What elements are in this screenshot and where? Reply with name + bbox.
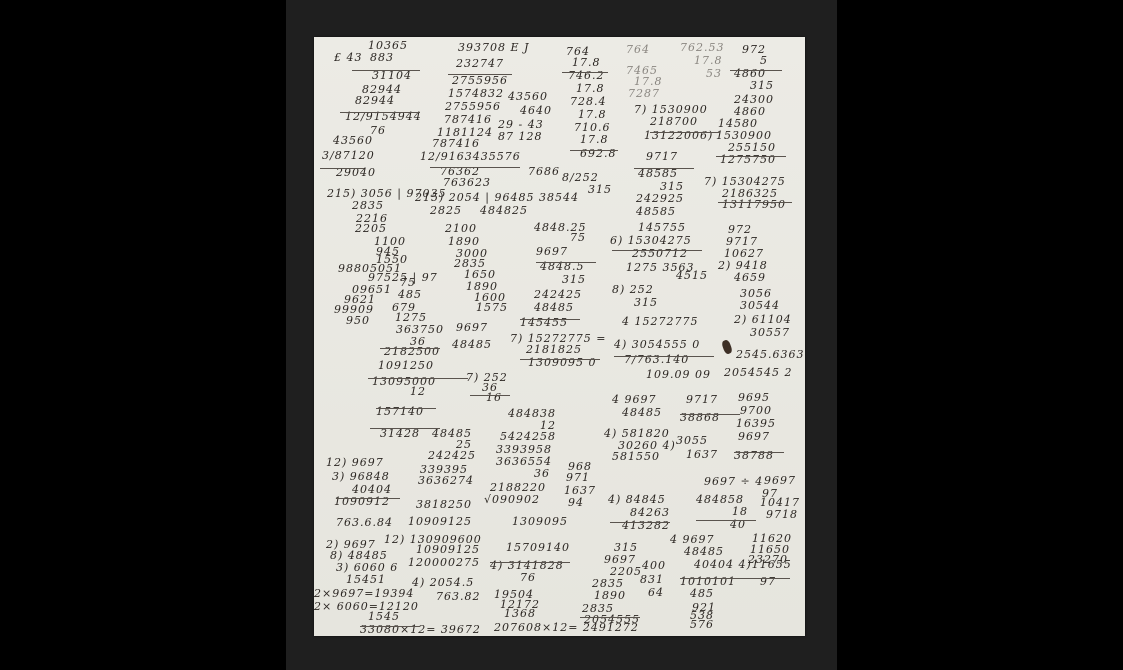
handwritten-figure: 393708 E J	[458, 42, 529, 53]
calc-rule	[680, 414, 740, 415]
calc-rule	[470, 395, 510, 396]
calc-rule	[430, 167, 520, 168]
calc-rule	[562, 72, 608, 73]
calc-rule	[520, 319, 580, 320]
handwritten-figure: 3055	[676, 435, 708, 446]
handwritten-figure: 315	[634, 297, 658, 308]
handwritten-figure: 3393958	[496, 444, 552, 455]
handwritten-figure: 6) 15304275	[610, 235, 692, 246]
handwritten-figure: 12	[410, 386, 426, 397]
handwritten-figure: 1637	[686, 449, 718, 460]
handwritten-figure: 9718	[766, 509, 798, 520]
handwritten-figure: 43560	[333, 135, 373, 146]
handwritten-figure: 2205	[610, 566, 642, 577]
handwritten-figure: 2181825	[526, 344, 582, 355]
handwritten-figure: 576	[690, 619, 714, 630]
handwritten-figure: 8/252	[562, 172, 599, 183]
handwritten-figure: 48585	[638, 168, 678, 179]
handwritten-figure: 75	[400, 277, 416, 288]
handwritten-figure: 4) 581820	[604, 428, 670, 439]
handwritten-figure: 3/87120	[322, 150, 375, 161]
handwritten-figure: 1890	[448, 236, 480, 247]
handwritten-figure: 315	[660, 181, 684, 192]
handwritten-figure: 7287	[628, 88, 660, 99]
handwritten-figure: 48485	[534, 302, 574, 313]
handwritten-figure: 48485	[622, 407, 662, 418]
calc-rule	[370, 428, 440, 429]
handwritten-figure: 1575	[476, 302, 508, 313]
handwritten-figure: 8) 48485	[330, 550, 388, 561]
handwritten-figure: 2) 61104	[734, 314, 792, 325]
handwritten-figure: 950	[346, 315, 370, 326]
calc-rule	[730, 70, 782, 71]
handwritten-figure: 82944	[355, 95, 395, 106]
handwritten-figure: 4) 84845	[608, 494, 666, 505]
handwritten-figure: 4) 2054.5	[412, 577, 474, 588]
handwritten-figure: 13117950	[722, 199, 786, 210]
handwritten-figure: 1530900	[716, 130, 772, 141]
handwritten-figure: 10365	[368, 40, 408, 51]
handwritten-figure: 76	[520, 572, 536, 583]
handwritten-figure: 763.82	[436, 591, 481, 602]
calc-rule	[340, 112, 420, 113]
handwritten-figure: 9697	[738, 431, 770, 442]
handwritten-figure: 4) 3054555 0	[614, 339, 700, 350]
handwritten-figure: 7) 15304275	[704, 176, 786, 187]
calc-rule	[320, 168, 364, 169]
handwritten-figure: 145755	[638, 222, 686, 233]
handwritten-figure: 7) 1530900	[634, 104, 708, 115]
handwritten-figure: 10909125	[416, 544, 480, 555]
handwritten-figure: 9697 ÷ 4	[704, 476, 763, 487]
calc-rule	[376, 408, 436, 409]
handwritten-figure: 94	[568, 497, 584, 508]
handwritten-figure: 315	[750, 80, 774, 91]
handwritten-figure: 763.6.84	[336, 517, 393, 528]
handwritten-figure: 883	[370, 52, 394, 63]
calc-rule	[380, 348, 440, 349]
handwritten-figure: 215) 2054 | 96485 38544	[415, 192, 579, 203]
handwritten-figure: 2188220	[490, 482, 546, 493]
handwritten-figure: 255150	[728, 142, 776, 153]
handwritten-figure: 485	[398, 289, 422, 300]
handwritten-figure: 972	[728, 224, 752, 235]
handwritten-figure: 232747	[456, 58, 504, 69]
handwritten-figure: 15451	[346, 574, 386, 585]
handwritten-figure: 710.6	[574, 122, 611, 133]
calc-rule	[734, 452, 784, 453]
handwritten-figure: 17.8	[572, 57, 601, 68]
handwritten-figure: 17.8	[578, 109, 607, 120]
handwritten-figure: 762.53	[680, 42, 725, 53]
handwritten-figure: 3056	[740, 288, 772, 299]
handwritten-figure: 2100	[445, 223, 477, 234]
handwritten-figure: 120000275	[408, 557, 480, 568]
handwritten-figure: 484825	[480, 205, 528, 216]
handwritten-figure: 64	[648, 587, 664, 598]
handwritten-figure: 30544	[740, 300, 780, 311]
handwritten-figure: 1275	[395, 312, 427, 323]
handwritten-figure: 31428	[380, 428, 420, 439]
handwritten-figure: 2205	[355, 223, 387, 234]
handwritten-figure: 2545.6363	[736, 349, 805, 360]
handwritten-figure: 48485	[452, 339, 492, 350]
handwritten-figure: 9717	[646, 151, 678, 162]
handwritten-figure: 2835	[592, 578, 624, 589]
handwritten-figure: 84263	[630, 507, 670, 518]
handwritten-figure: 5424258	[500, 431, 556, 442]
handwritten-figure: 3818250	[416, 499, 472, 510]
handwritten-figure: 1368	[504, 608, 536, 619]
handwritten-figure: 2054555	[584, 614, 640, 625]
calc-rule	[368, 378, 468, 379]
handwritten-figure: 16395	[736, 418, 776, 429]
handwritten-figure: 4 15272775	[622, 316, 698, 327]
handwritten-figure: 18	[732, 506, 748, 517]
calc-rule	[490, 562, 570, 563]
handwritten-figure: 2755956	[445, 101, 501, 112]
handwritten-figure: 30557	[750, 327, 790, 338]
handwritten-figure: 5	[760, 55, 768, 66]
handwritten-figure: 12) 9697	[326, 457, 384, 468]
handwritten-figure: 24300	[734, 94, 774, 105]
handwritten-figure: 763623	[443, 177, 491, 188]
calc-rule	[610, 522, 670, 523]
handwritten-figure: 2) 9418	[718, 260, 768, 271]
handwritten-figure: 9697	[604, 554, 636, 565]
handwritten-figure: 9717	[686, 394, 718, 405]
handwritten-figure: 315	[588, 184, 612, 195]
handwritten-figure: 109.09 09	[646, 369, 711, 380]
handwritten-figure: 40404	[352, 484, 392, 495]
handwritten-figure: 1637	[564, 485, 596, 496]
handwritten-figure: 17.8	[634, 76, 663, 87]
handwritten-figure: 9697	[456, 322, 488, 333]
handwritten-figure: 29 - 43	[498, 119, 544, 130]
handwritten-figure: 7686	[528, 166, 560, 177]
handwritten-figure: 1650	[464, 269, 496, 280]
calc-rule	[614, 356, 714, 357]
calc-rule	[336, 498, 400, 499]
calc-rule	[352, 70, 420, 71]
handwritten-figure: 4 9697	[670, 534, 715, 545]
handwritten-figure: 4 9697	[612, 394, 657, 405]
calc-rule	[612, 250, 702, 251]
handwritten-figure: 12/9163435576	[420, 151, 521, 162]
calc-rule	[650, 132, 720, 133]
handwritten-figure: 242925	[636, 193, 684, 204]
handwritten-figure: 363750	[396, 324, 444, 335]
handwritten-figure: 2755956	[452, 75, 508, 86]
handwritten-figure: 4515	[676, 270, 708, 281]
handwritten-figure: 17.8	[694, 55, 723, 66]
handwritten-figure: 400	[642, 560, 666, 571]
handwritten-figure: 16	[486, 392, 502, 403]
handwritten-figure: 10417	[760, 497, 800, 508]
handwritten-figure: 4860	[734, 106, 766, 117]
handwritten-figure: 787416	[444, 114, 492, 125]
calc-rule	[448, 74, 512, 75]
calc-rule	[536, 262, 596, 263]
handwritten-figure: 2825	[430, 205, 462, 216]
handwritten-figure: 14580	[718, 118, 758, 129]
handwritten-figure: 8) 252	[612, 284, 654, 295]
handwritten-figure: 53	[706, 68, 722, 79]
handwritten-figure: 2× 6060=12120	[314, 601, 419, 612]
handwritten-figure: 4640	[520, 105, 552, 116]
handwritten-figure: 15709140	[506, 542, 570, 553]
handwritten-figure: 218700	[650, 116, 698, 127]
handwritten-figure: 971	[566, 472, 590, 483]
handwritten-figure: 581550	[612, 451, 660, 462]
handwritten-figure: 484858	[696, 494, 744, 505]
calc-rule	[718, 202, 792, 203]
handwritten-figure: 48485	[684, 546, 724, 557]
handwritten-figure: 1091250	[378, 360, 434, 371]
handwritten-figure: 87 128	[498, 131, 543, 142]
handwritten-figure: 31104	[372, 70, 412, 81]
handwritten-figure: 23270	[748, 554, 788, 565]
handwritten-figure: 2054545 2	[724, 367, 793, 378]
handwritten-figure: 36	[534, 468, 550, 479]
handwritten-figure: 315	[614, 542, 638, 553]
handwritten-figure: 3) 6060 6	[336, 562, 398, 573]
handwritten-figure: 787416	[432, 138, 480, 149]
handwritten-figure: 2835	[352, 200, 384, 211]
calc-rule	[634, 168, 694, 169]
handwritten-figure: 3636554	[496, 456, 552, 467]
handwritten-figure: 75	[570, 232, 586, 243]
handwritten-figure: 484838	[508, 408, 556, 419]
handwritten-figure: √090902	[484, 494, 540, 505]
handwritten-figure: 485	[690, 588, 714, 599]
handwritten-figure: 17.8	[580, 134, 609, 145]
handwritten-figure: 2×9697=19394	[314, 588, 414, 599]
calc-rule	[570, 150, 618, 151]
handwritten-figure: 764	[626, 44, 650, 55]
handwritten-figure: 10909125	[408, 516, 472, 527]
handwritten-figure: 43560	[508, 91, 548, 102]
handwritten-figure: 9717	[726, 236, 758, 247]
handwritten-figure: 831	[640, 574, 664, 585]
handwritten-figure: 3636274	[418, 475, 474, 486]
handwritten-figure: 1890	[594, 590, 626, 601]
calc-rule	[580, 617, 640, 618]
handwritten-figure: 1309095	[512, 516, 568, 527]
handwritten-figure: 10627	[724, 248, 764, 259]
handwritten-figure: 728.4	[570, 96, 607, 107]
calc-rule	[680, 578, 790, 579]
handwritten-figure: 9695	[738, 392, 770, 403]
calc-rule	[360, 626, 420, 627]
handwritten-figure: 17.8	[576, 83, 605, 94]
calc-rule	[716, 156, 786, 157]
handwritten-figure: 9697	[764, 475, 796, 486]
handwritten-figure: 4659	[734, 272, 766, 283]
calc-rule	[696, 520, 756, 521]
handwritten-figure: 315	[562, 274, 586, 285]
handwritten-figure: 242425	[534, 289, 582, 300]
calc-rule	[520, 359, 600, 360]
handwritten-figure: 1545	[368, 611, 400, 622]
handwritten-figure: 3) 96848	[332, 471, 390, 482]
handwritten-figure: 242425	[428, 450, 476, 461]
handwritten-figure: £ 43	[334, 52, 363, 63]
handwritten-figure: 9700	[740, 405, 772, 416]
handwritten-figure: 9697	[536, 246, 568, 257]
handwritten-figure: 48585	[636, 206, 676, 217]
handwritten-figure: 1574832	[448, 88, 504, 99]
